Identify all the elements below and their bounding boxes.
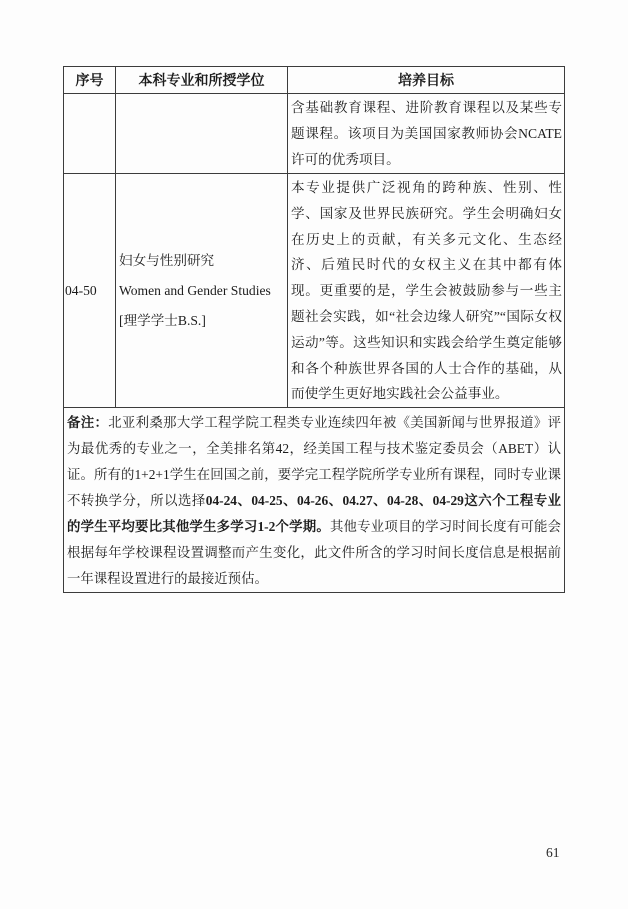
seq-cell: 04-50 [64, 174, 116, 408]
page-number: 61 [546, 845, 560, 861]
table-row-04-50: 04-50 妇女与性别研究 Women and Gender Studies [… [64, 174, 565, 408]
objective-text: 本专业提供广泛视角的跨种族、性别、性学、国家及世界民族研究。学生会明确妇女在历史… [291, 175, 562, 407]
document-page: 序号 本科专业和所授学位 培养目标 含基础教育课程、进阶教育课程以及某些专题课程… [0, 0, 628, 909]
program-table: 序号 本科专业和所授学位 培养目标 含基础教育课程、进阶教育课程以及某些专题课程… [63, 66, 565, 593]
note-cell: 备注：北亚利桑那大学工程学院工程类专业连续四年被《美国新闻与世界报道》评为最优秀… [64, 408, 565, 593]
objective-cell: 本专业提供广泛视角的跨种族、性别、性学、国家及世界民族研究。学生会明确妇女在历史… [288, 174, 565, 408]
header-cell-seq: 序号 [64, 67, 116, 94]
table-row-note: 备注：北亚利桑那大学工程学院工程类专业连续四年被《美国新闻与世界报道》评为最优秀… [64, 408, 565, 593]
note-text: 备注：北亚利桑那大学工程学院工程类专业连续四年被《美国新闻与世界报道》评为最优秀… [67, 410, 561, 591]
objective-text-continuation: 含基础教育课程、进阶教育课程以及某些专题课程。该项目为美国国家教师协会NCATE… [291, 95, 562, 172]
major-name-zh: 妇女与性别研究 [119, 246, 287, 276]
table-row-continuation: 含基础教育课程、进阶教育课程以及某些专题课程。该项目为美国国家教师协会NCATE… [64, 94, 565, 174]
table-header-row: 序号 本科专业和所授学位 培养目标 [64, 67, 565, 94]
major-cell: 妇女与性别研究 Women and Gender Studies [理学学士B.… [116, 174, 288, 408]
seq-cell-empty [64, 94, 116, 174]
degree-label: [理学学士B.S.] [119, 306, 287, 336]
objective-cell: 含基础教育课程、进阶教育课程以及某些专题课程。该项目为美国国家教师协会NCATE… [288, 94, 565, 174]
major-name-en: Women and Gender Studies [119, 276, 287, 306]
note-segment: 备注： [67, 415, 108, 430]
header-cell-objective: 培养目标 [288, 67, 565, 94]
major-cell-empty [116, 94, 288, 174]
header-cell-major-degree: 本科专业和所授学位 [116, 67, 288, 94]
